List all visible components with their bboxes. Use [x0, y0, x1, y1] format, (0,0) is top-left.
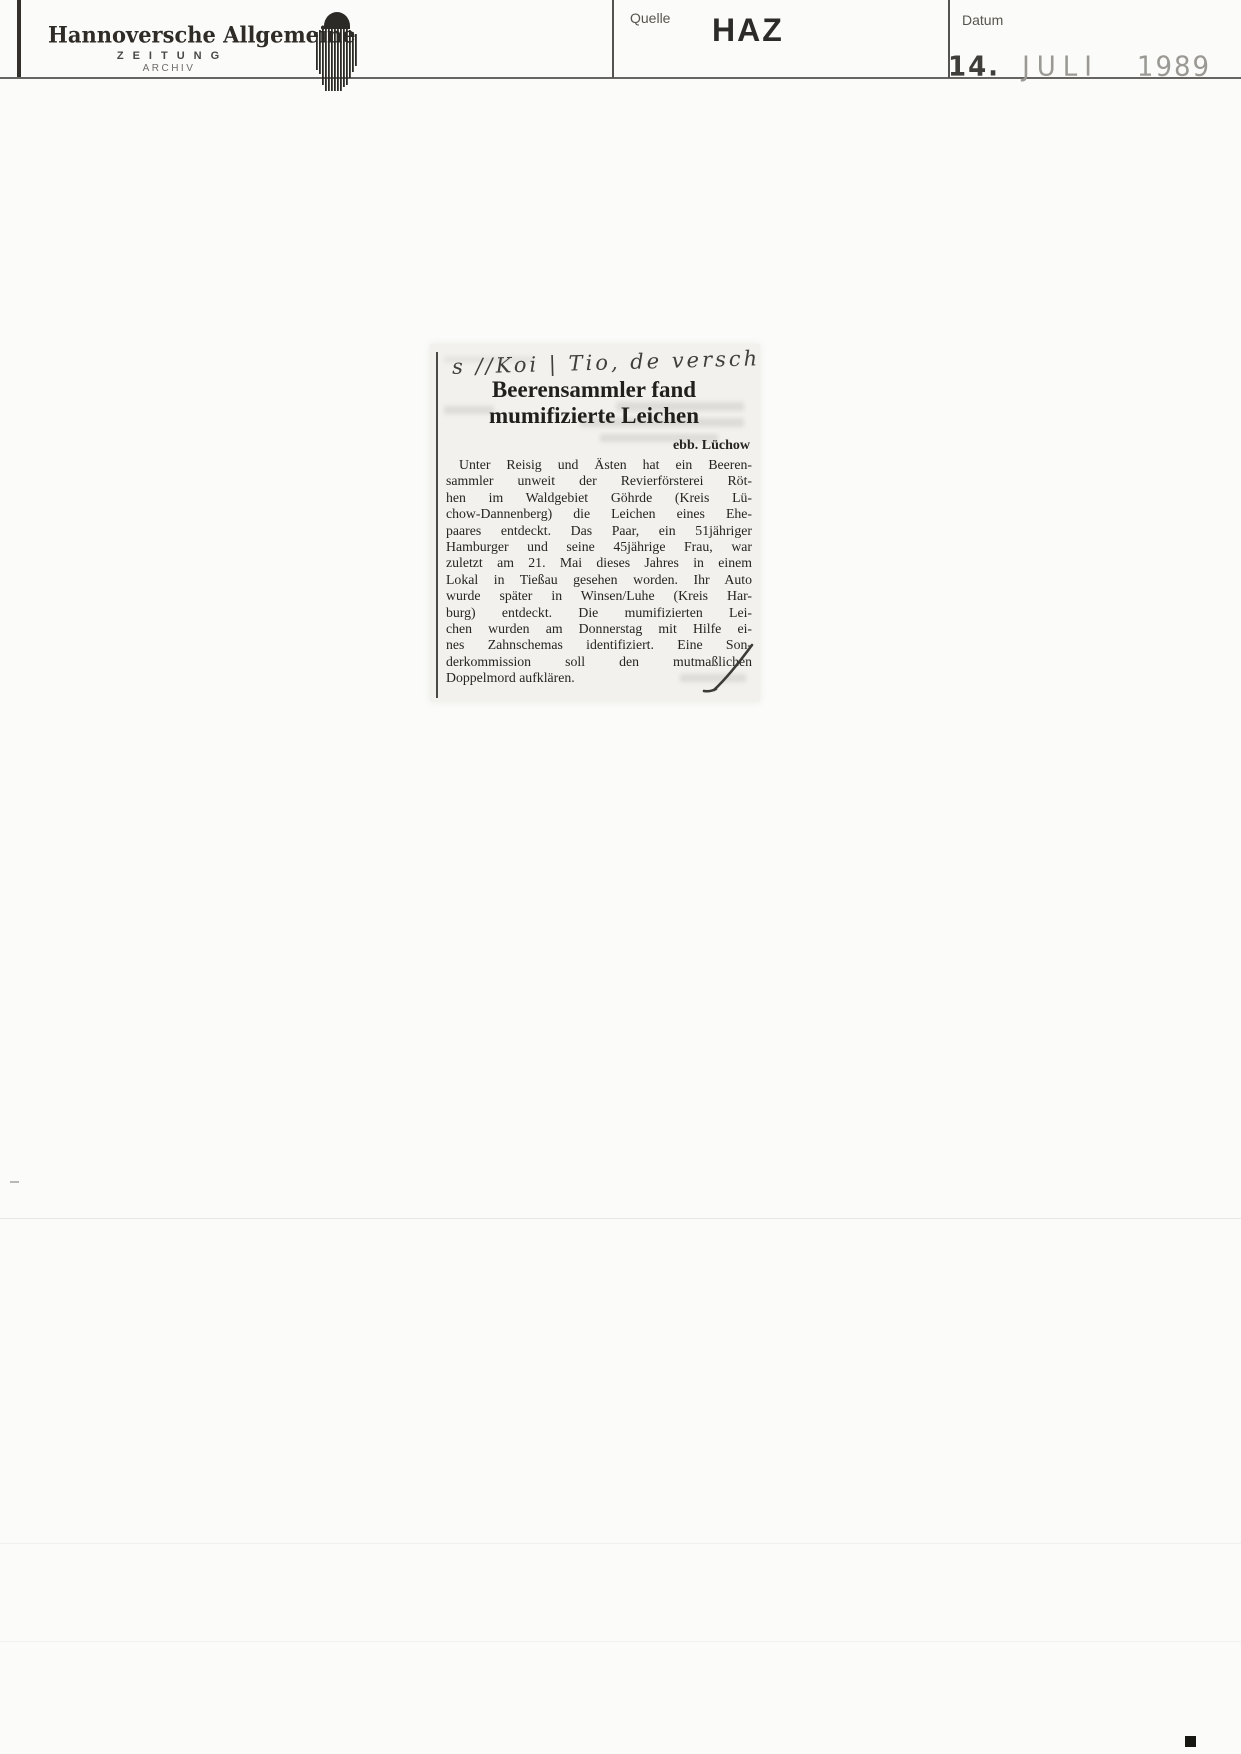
quelle-value: HAZ	[712, 12, 784, 50]
quelle-label: Quelle	[630, 10, 670, 26]
headline-line-2: mumifizierte Leichen	[446, 403, 742, 429]
handwritten-check-slash	[700, 639, 760, 697]
article-line: Hamburger und seine 45jährige Frau, war	[446, 539, 752, 555]
article-line: hen im Waldgebiet Göhrde (Kreis Lü-	[446, 490, 752, 506]
handwritten-annotation: s //Koi | Tio, de versch	[452, 345, 803, 379]
quelle-divider-line	[612, 0, 614, 78]
tower-dome-logo-icon	[314, 6, 360, 92]
archive-label: ARCHIV	[48, 63, 288, 74]
article-line: paares entdeckt. Das Paar, ein 51jährige…	[446, 523, 752, 539]
newspaper-clipping: s //Koi | Tio, de versch Beerensammler f…	[430, 344, 760, 702]
article-line: wurde später in Winsen/Luhe (Kreis Har-	[446, 588, 752, 604]
date-day: 14.	[948, 51, 1000, 83]
date-month: JULI	[1022, 51, 1099, 83]
masthead: Hannoversche Allgemeine ZEITUNG ARCHIV	[48, 22, 288, 74]
date-stamp: 14.JULI1989	[948, 51, 1211, 83]
article-line: burg) entdeckt. Die mumifizierten Lei-	[446, 605, 752, 621]
scan-artifact-line	[0, 1218, 1241, 1219]
article-line: sammler unweit der Revierförsterei Röt-	[446, 473, 752, 489]
article-byline: ebb. Lüchow	[444, 438, 750, 454]
newspaper-subtitle: ZEITUNG	[48, 50, 288, 62]
article-line: Unter Reisig und Ästen hat ein Beeren-	[446, 457, 752, 473]
date-year: 1989	[1137, 51, 1211, 83]
scan-artifact-line	[0, 1543, 1241, 1544]
article-line: chen wurden am Donnerstag mit Hilfe ei-	[446, 621, 752, 637]
article-headline: Beerensammler fand mumifizierte Leichen	[446, 377, 742, 429]
left-edge-mark	[17, 0, 21, 77]
scan-edge-mark	[10, 1181, 19, 1183]
article-line: chow-Dannenberg) die Leichen eines Ehe-	[446, 506, 752, 522]
registration-mark	[1185, 1736, 1196, 1747]
newspaper-title: Hannoversche Allgemeine	[48, 21, 288, 47]
headline-line-1: Beerensammler fand	[446, 377, 742, 403]
article-line: Lokal in Tießau gesehen worden. Ihr Auto	[446, 572, 752, 588]
archive-scan-page: Hannoversche Allgemeine ZEITUNG ARCHIV Q…	[0, 0, 1241, 1754]
datum-label: Datum	[962, 12, 1003, 28]
article-line: zuletzt am 21. Mai dieses Jahres in eine…	[446, 555, 752, 571]
column-rule	[436, 352, 438, 698]
scan-artifact-line	[0, 1641, 1241, 1642]
